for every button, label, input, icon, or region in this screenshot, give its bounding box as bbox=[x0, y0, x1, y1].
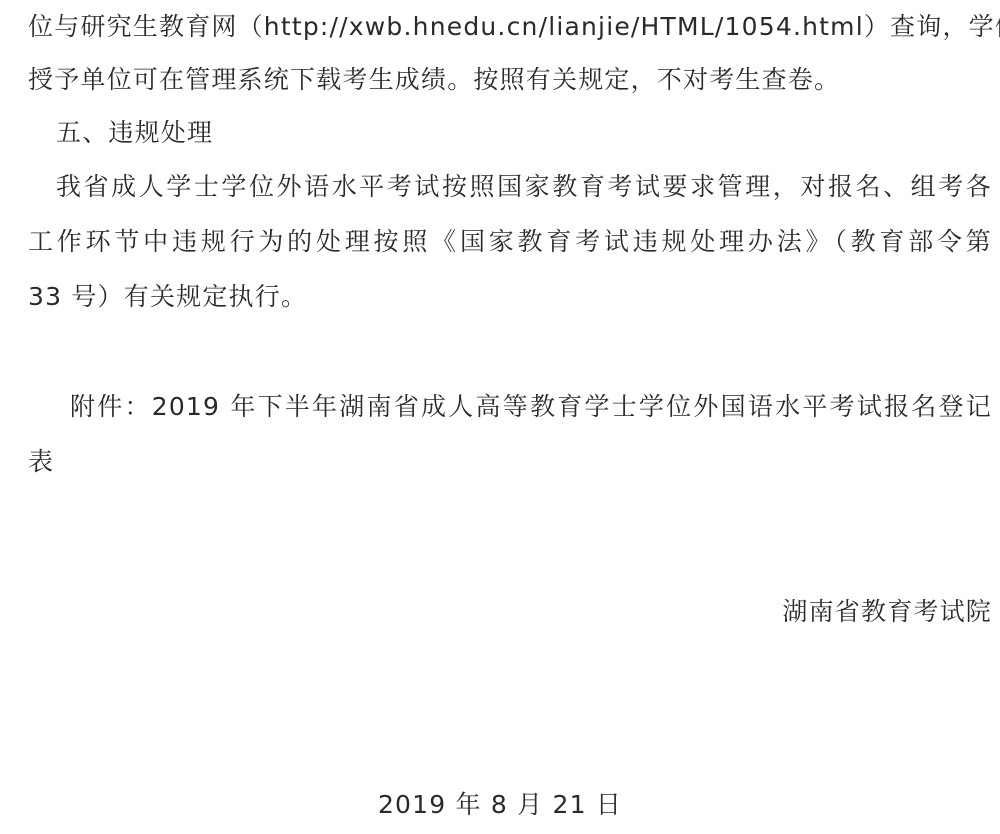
attachment-line: 表 bbox=[28, 445, 992, 479]
paragraph-line: 位与研究生教育网（http://xwb.hnedu.cn/lianjie/HTM… bbox=[28, 10, 992, 44]
signature: 湖南省教育考试院 bbox=[782, 595, 992, 629]
attachment-line: 附件：2019 年下半年湖南省成人高等教育学士学位外国语水平考试报名登记 bbox=[70, 390, 992, 424]
paragraph-line: 授予单位可在管理系统下载考生成绩。按照有关规定，不对考生查卷。 bbox=[28, 63, 992, 97]
paragraph-line: 工作环节中违规行为的处理按照《国家教育考试违规处理办法》（教育部令第 bbox=[28, 225, 992, 259]
section-heading: 五、违规处理 bbox=[56, 116, 992, 150]
paragraph-line: 33 号）有关规定执行。 bbox=[28, 280, 992, 314]
paragraph-line: 我省成人学士学位外语水平考试按照国家教育考试要求管理，对报名、组考各 bbox=[56, 170, 992, 204]
date: 2019 年 8 月 21 日 bbox=[0, 788, 1000, 822]
